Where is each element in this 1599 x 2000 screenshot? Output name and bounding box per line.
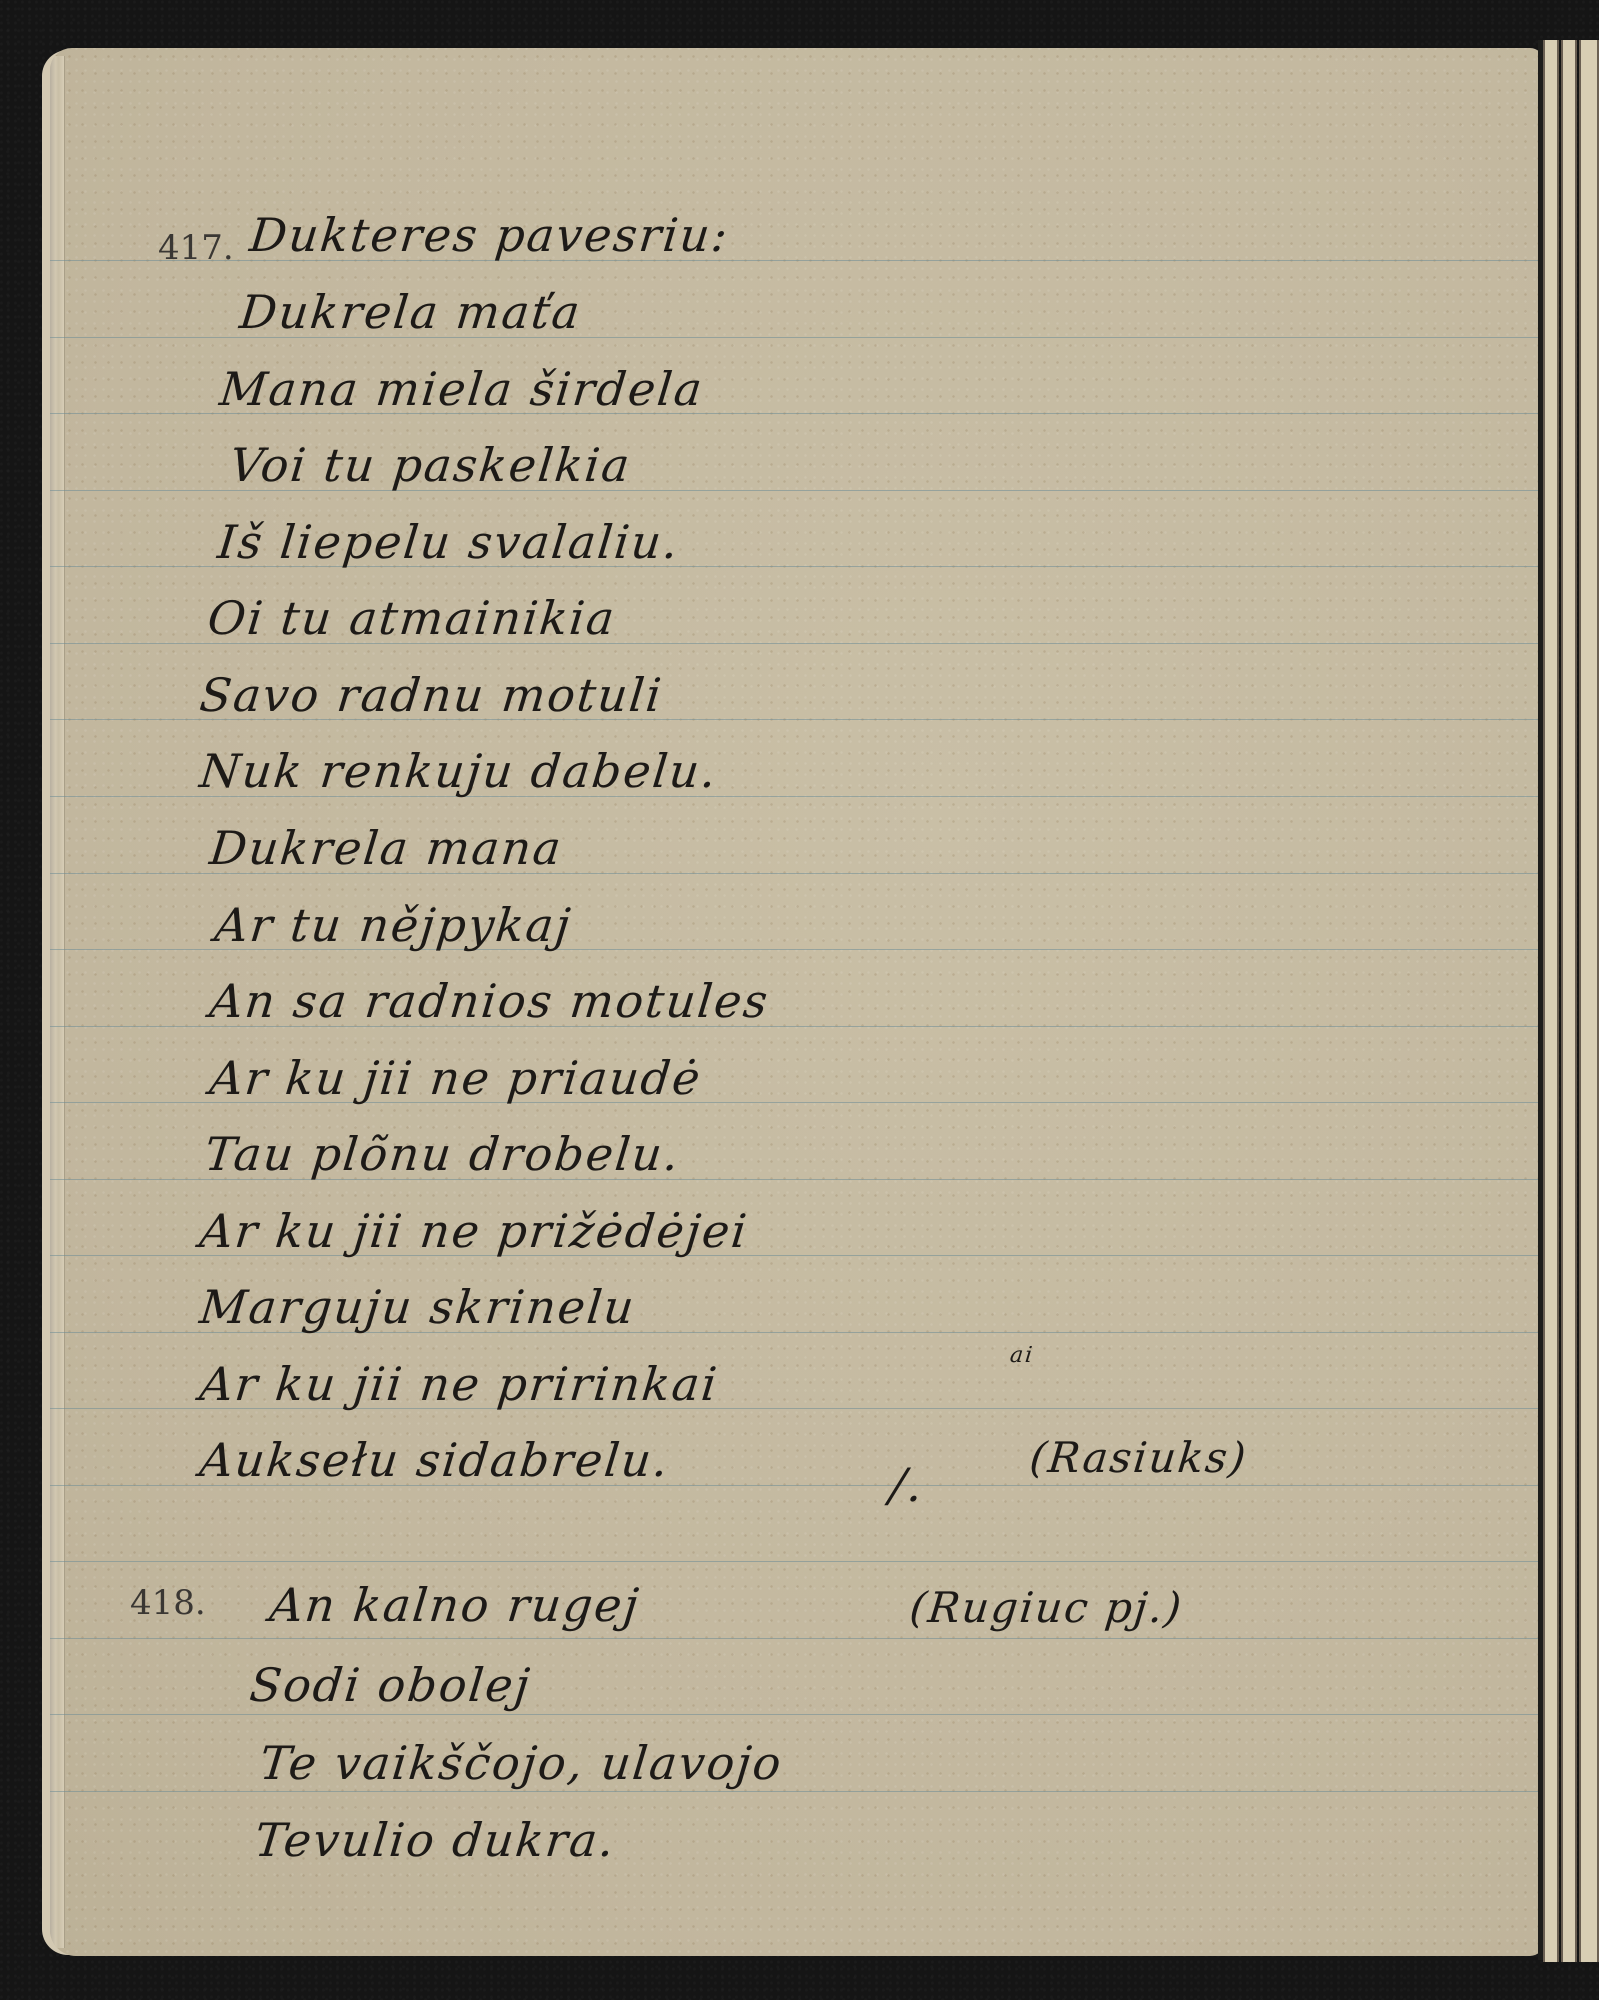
source-note-417: (Rasiuks) [1027, 1433, 1250, 1482]
correction-superscript: ai [1009, 1343, 1036, 1368]
entry-number-418: 418. [130, 1583, 206, 1623]
ruled-line [50, 1714, 1544, 1715]
entry-title-417: Dukteres pavesriu: [247, 208, 732, 262]
ruled-line [50, 1791, 1544, 1792]
verse-line: Iš liepelu svalaliu. [215, 515, 682, 569]
page-left-edges [50, 56, 65, 1948]
verse-line: Tau plõnu drobelu. [202, 1127, 683, 1181]
verse-line: Dukrela mana [207, 821, 565, 875]
ruled-line [50, 1561, 1544, 1562]
verse-line: Sodi obolej [247, 1658, 534, 1712]
separator-mark: /. [887, 1458, 927, 1512]
verse-line: Savo radnu motuli [197, 668, 666, 722]
verse-line: Voi tu paskelkia [227, 438, 634, 492]
entry-number-417: 417. [158, 228, 234, 268]
ruled-line [50, 1638, 1544, 1639]
verse-line: Oi tu atmainikia [205, 591, 618, 645]
verse-line: Te vaikščojo, ulavojo [257, 1736, 785, 1790]
verse-line: An kalno rugej [267, 1578, 643, 1632]
verse-line: Dukrela maťa [237, 285, 584, 339]
facing-page-edge [1561, 40, 1577, 1962]
verse-line: Mana miela širdela [217, 362, 706, 416]
verse-line: An sa radnios motules [207, 974, 772, 1028]
verse-line: Tevulio dukra. [252, 1813, 618, 1867]
verse-line: Marguju skrinelu [197, 1280, 638, 1334]
verse-line: Ar ku jii ne priaudė [207, 1051, 704, 1105]
verse-line: Ar ku jii ne prižėdėjei [197, 1204, 751, 1258]
verse-line: Nuk renkuju dabelu. [197, 744, 720, 798]
notebook-page: 417. Dukteres pavesriu: Dukrela maťa Man… [50, 48, 1544, 1956]
verse-line: Auksełu sidabrelu. [197, 1433, 672, 1487]
source-note-418: (Rugiuс pj.) [907, 1583, 1185, 1632]
verse-line: Ar tu nějpykaj [212, 898, 574, 952]
facing-page-edge [1543, 40, 1559, 1962]
verse-line: Ar ku jii ne pririnkai [197, 1357, 721, 1411]
facing-page-edge [1579, 40, 1599, 1962]
